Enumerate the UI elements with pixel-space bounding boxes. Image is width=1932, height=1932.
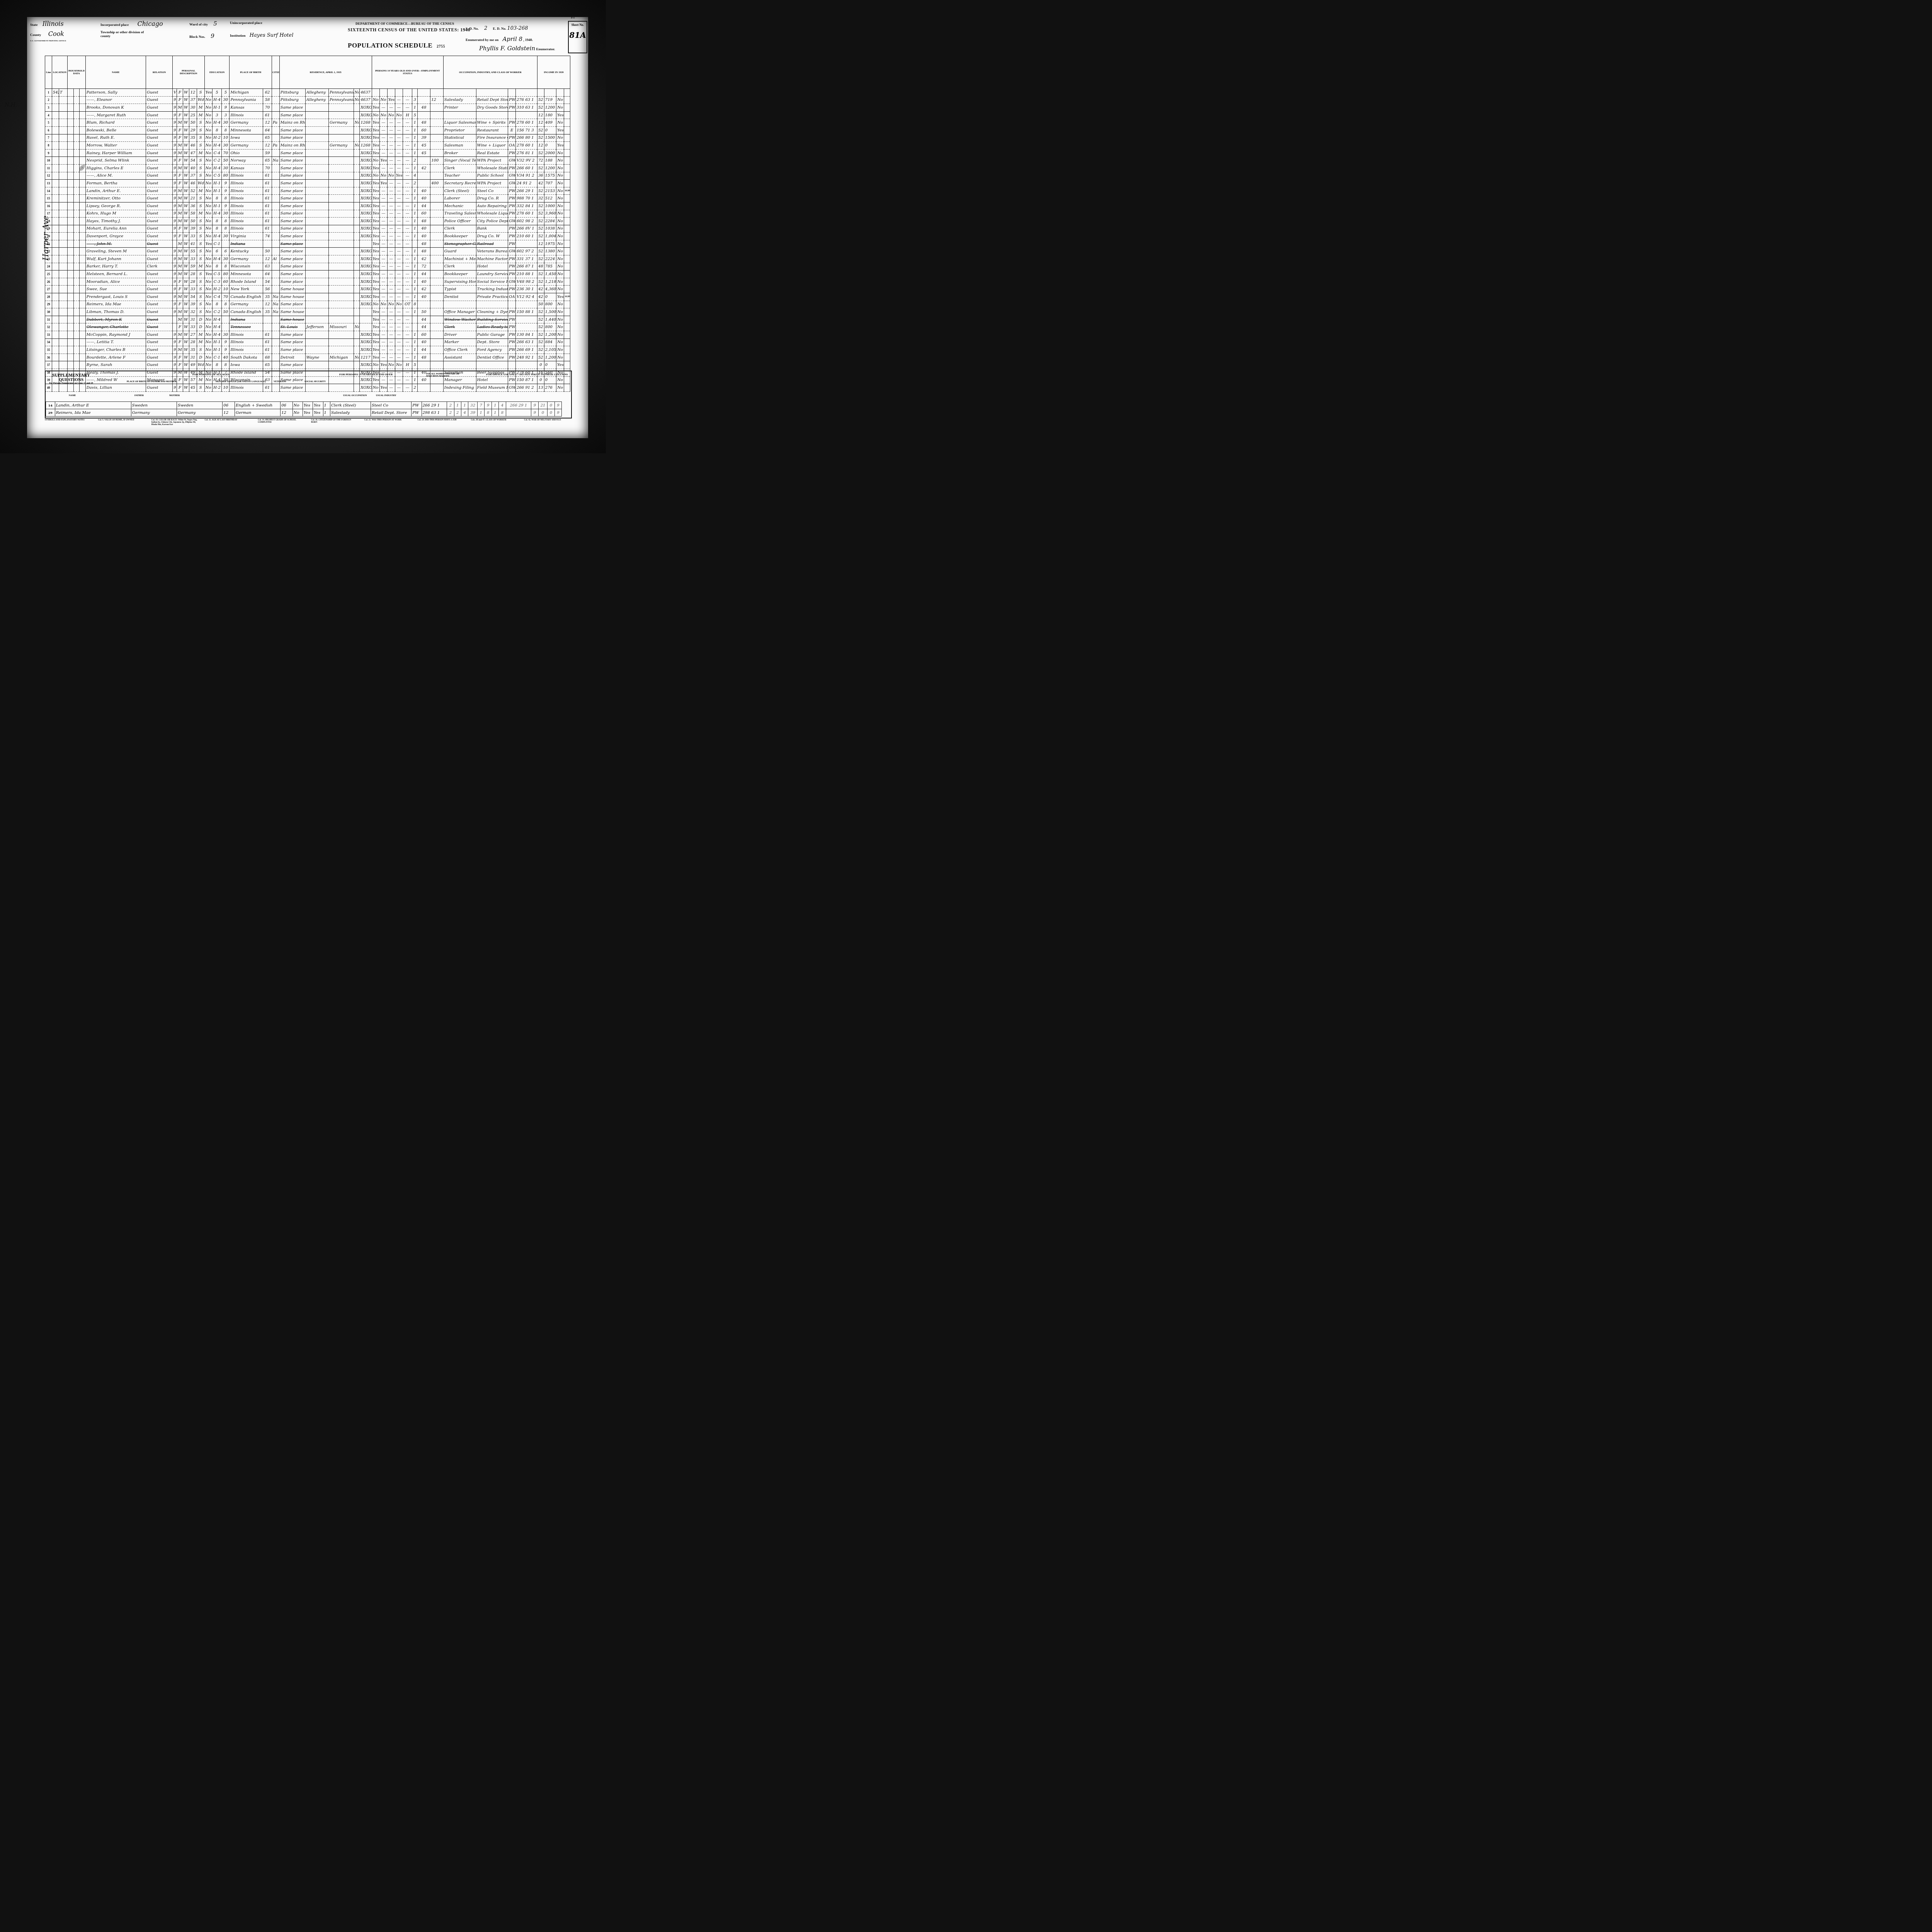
farm-cell [80, 278, 86, 286]
house-number-cell [59, 293, 67, 301]
usual-industry-cell: Retail Dept. Store [371, 409, 412, 417]
race-cell: W [183, 323, 189, 331]
residence-county-cell [305, 361, 328, 369]
residence-farm-cell [354, 316, 360, 323]
class-of-worker-cell: PW [508, 187, 516, 195]
person-name-cell: Bolewski, Belle [85, 126, 146, 134]
col-21-cell: Yes [372, 149, 379, 157]
age-cell: 12 [189, 89, 197, 97]
col-23-cell: — [387, 225, 395, 233]
birthplace-cell: Illinois [230, 210, 263, 218]
residence-city-cell: Same place [279, 240, 305, 248]
age-cell: 29 [189, 126, 197, 134]
grade-completed-cell: 8 [212, 218, 222, 225]
age-cell: 46 [189, 142, 197, 150]
class-of-worker-cell: PW [508, 316, 516, 323]
col-21-cell: Yes [372, 293, 379, 301]
line-number-cell: 21 [45, 240, 52, 248]
industry-cell: Drug Co. R [476, 195, 508, 202]
col-24-cell: — [395, 119, 403, 127]
person-name-cell: Wulf, Kurt Johann [85, 255, 146, 263]
value-cell [73, 180, 80, 187]
code-a-cell: 9 [173, 195, 177, 202]
enumerated-date: April 8 [503, 36, 523, 43]
col-25-cell: — [403, 149, 412, 157]
supplementary-flag-cell [564, 195, 570, 202]
industry-cell: City Police Dept. [476, 218, 508, 225]
residence-county-cell [305, 331, 328, 339]
code-d-cell: XOXO [360, 218, 372, 225]
occupation-cell: Office Manager [443, 308, 476, 316]
col-25-cell: — [403, 104, 412, 112]
line-number-cell: 29 [45, 301, 52, 308]
grade-completed-cell: C-1 [212, 354, 222, 361]
col-23-cell: — [387, 180, 395, 187]
house-number-cell [59, 248, 67, 255]
col-22-cell: — [379, 308, 387, 316]
birthplace-cell: Illinois [230, 338, 263, 346]
code-d-cell: XOXO [360, 202, 372, 210]
code-c-cell: 35 [263, 293, 272, 301]
residence-state-cell [328, 346, 354, 354]
occupation-cell: Marker [443, 338, 476, 346]
code-f-cell: 602 97 2 [516, 248, 537, 255]
grade-completed-cell: H-4 [212, 96, 222, 104]
birthplace-cell: Minnesota [230, 270, 263, 278]
residence-city-cell: St. Louis [279, 323, 305, 331]
code-f-cell: 266 29 1 [516, 187, 537, 195]
class-of-worker-cell: PW [508, 210, 516, 218]
street-cell [52, 225, 59, 233]
residence-state-cell [328, 210, 354, 218]
street-cell [52, 119, 59, 127]
value-cell [73, 346, 80, 354]
residence-county-cell [305, 308, 328, 316]
hours-worked-cell: 40 [417, 293, 430, 301]
age-cell: 40 [189, 164, 197, 172]
supplementary-flag-cell [564, 308, 570, 316]
value-cell [73, 255, 80, 263]
col-23-cell: — [387, 255, 395, 263]
street-cell [52, 149, 59, 157]
code-b-cell: 30 [222, 119, 230, 127]
value-cell [73, 225, 80, 233]
office-use-cell: 9 [554, 409, 561, 417]
age-cell: 33 [189, 255, 197, 263]
col-21-cell: Yes [372, 134, 379, 142]
value-cell [73, 195, 80, 202]
value-cell [73, 149, 80, 157]
code-a-cell: 9 [173, 263, 177, 270]
code-b-cell: 9 [222, 338, 230, 346]
residence-county-cell: Wayne [305, 354, 328, 361]
weeks-unemployed-cell: 400 [430, 180, 444, 187]
industry-cell: Private Practice [476, 293, 508, 301]
office-use-cell: 266 29 1 [506, 402, 531, 409]
col-24-cell: — [395, 248, 403, 255]
residence-county-cell [305, 218, 328, 225]
marital-status-cell: Wd [197, 180, 204, 187]
farm-cell [80, 119, 86, 127]
code-f-cell: 332 84 1 [516, 202, 537, 210]
street-cell [52, 301, 59, 308]
wages-cell: 1,200 [544, 354, 556, 361]
marital-status-cell: S [197, 89, 204, 97]
value-cell [73, 233, 80, 240]
home-cell [68, 157, 74, 165]
class-of-worker-cell: PW [508, 255, 516, 263]
school-attendance-cell: No [204, 218, 212, 225]
code-d-cell: 1217 [360, 354, 372, 361]
grade-completed-cell: C-4 [212, 293, 222, 301]
code-d-cell: 4637 [360, 89, 372, 97]
supplementary-flag-cell [564, 225, 570, 233]
col-24-cell: Yes [395, 172, 403, 180]
sheet-label: Sheet No. [569, 23, 587, 27]
relation-cell: Guest [146, 172, 172, 180]
residence-county-cell [305, 255, 328, 263]
school-attendance-cell: Yes [204, 240, 212, 248]
age-cell: 35 [189, 346, 197, 354]
citizenship-cell [272, 233, 279, 240]
header-employment: PERSONS 14 YEARS OLD AND OVER—EMPLOYMENT… [372, 56, 443, 89]
citizenship-cell [272, 218, 279, 225]
supp-line-cell: 14 [46, 402, 55, 409]
house-number-cell [59, 202, 67, 210]
header-father: FATHER [134, 395, 144, 397]
weeks-worked-cell: 32 [537, 195, 544, 202]
header-supp-name: NAME [69, 395, 76, 397]
value-cell [73, 119, 80, 127]
age-cell: 41 [189, 240, 197, 248]
weeks-worked-cell: 52 [537, 346, 544, 354]
col-25-cell: — [403, 338, 412, 346]
col-21-cell: Yes [372, 126, 379, 134]
residence-city-cell: Same house [279, 286, 305, 293]
code-f-cell: V32 9V 2 [516, 157, 537, 165]
home-cell [68, 248, 74, 255]
class-of-worker-cell: PW [508, 270, 516, 278]
code-f-cell: V34 91 2 [516, 172, 537, 180]
col-23-cell: — [387, 202, 395, 210]
supplementary-flag-cell [564, 134, 570, 142]
value-cell [73, 278, 80, 286]
home-cell [68, 354, 74, 361]
occupation-cell: Bookkeeper [443, 270, 476, 278]
class-of-worker-cell: PW [508, 240, 516, 248]
grade-completed-cell: C-4 [212, 149, 222, 157]
birthplace-cell: Rhode Island [230, 278, 263, 286]
grade-completed-cell: H-2 [212, 286, 222, 293]
school-attendance-cell: No [204, 180, 212, 187]
code-f-cell: 266 69 1 [516, 346, 537, 354]
grade-completed-cell: 8 [212, 263, 222, 270]
residence-county-cell [305, 225, 328, 233]
residence-farm-cell [354, 126, 360, 134]
residence-county-cell [305, 164, 328, 172]
home-cell [68, 286, 74, 293]
relation-cell: Guest [146, 361, 172, 369]
class-of-worker-cell: PW [508, 263, 516, 270]
wages-cell: 1975 [544, 240, 556, 248]
age-cell: 33 [189, 286, 197, 293]
code-b-cell: 3 [222, 111, 230, 119]
birthplace-cell: Illinois [230, 187, 263, 195]
house-number-cell [59, 172, 67, 180]
residence-farm-cell [354, 134, 360, 142]
race-cell: W [183, 89, 189, 97]
social-security-number-cell: Yes [303, 402, 313, 409]
header-citizenship: CITIZENSHIP [272, 56, 279, 89]
residence-state-cell [328, 225, 354, 233]
col-25-cell: — [403, 157, 412, 165]
code-e-cell: 2 [412, 157, 417, 165]
residence-state-cell [328, 316, 354, 323]
street-cell [52, 316, 59, 323]
residence-city-cell: Same place [279, 301, 305, 308]
home-cell [68, 301, 74, 308]
age-cell: 30 [189, 104, 197, 112]
father-birthplace-cell: Germany [131, 409, 177, 417]
other-income-cell: No [556, 263, 564, 270]
street-cell [52, 202, 59, 210]
hours-worked-cell: 48 [417, 248, 430, 255]
table-row: 19Mohart, Eurelia AnnGuest9FW39SNo88Illi… [45, 225, 570, 233]
other-income-cell: No [556, 248, 564, 255]
grade-completed-cell: H-2 [212, 134, 222, 142]
header-usual-occupation: USUAL OCCUPATION [343, 395, 367, 397]
col-22-cell: — [379, 233, 387, 240]
code-a-cell: 9 [173, 270, 177, 278]
table-row: 33McCoppin, Raymond JGuest9MW27MNoH-430I… [45, 331, 570, 339]
code-e-cell: 1 [412, 225, 417, 233]
weeks-worked-cell: 52 [537, 149, 544, 157]
person-name-cell: Ruvel, Ruth E. [85, 134, 146, 142]
other-income-cell: No [556, 187, 564, 195]
code-c-cell [263, 316, 272, 323]
office-use-cell: 7 [478, 402, 485, 409]
relation-cell: Guest [146, 323, 172, 331]
table-row: 15424TPatterson, SallyGuestVFW12SYes55Mi… [45, 89, 570, 97]
col-23-cell: — [387, 338, 395, 346]
code-e-cell: 1 [412, 126, 417, 134]
house-number-cell [59, 331, 67, 339]
residence-city-cell: Same place [279, 104, 305, 112]
grade-completed-cell: H-4 [212, 255, 222, 263]
age-cell: 33 [189, 323, 197, 331]
col-24-cell: — [395, 354, 403, 361]
header-residence: RESIDENCE, APRIL 1, 1935 [279, 56, 372, 89]
supplementary-table: 14Landin, Arthur ESwedenSweden06English … [46, 401, 571, 417]
weeks-worked-cell: 52 [537, 248, 544, 255]
code-a-cell: 9 [173, 134, 177, 142]
code-f-cell [516, 316, 537, 323]
birthplace-cell: Germany [230, 142, 263, 150]
farm-cell [80, 157, 86, 165]
value-cell [73, 361, 80, 369]
house-number-cell [59, 361, 67, 369]
code-b-cell: 8 [222, 301, 230, 308]
birthplace-cell: Ohio [230, 149, 263, 157]
language-code-cell: 12 [281, 409, 293, 417]
farm-cell [80, 255, 86, 263]
relation-cell: Guest [146, 278, 172, 286]
col-22-cell: — [379, 119, 387, 127]
citizenship-cell: Na [272, 157, 279, 165]
occupation-cell: Police Officer [443, 218, 476, 225]
weeks-unemployed-cell [430, 323, 444, 331]
citizenship-cell: Pa [272, 119, 279, 127]
table-row: 6Bolewski, BelleGuest9FW29SNo88Minnesota… [45, 126, 570, 134]
farm-cell [80, 111, 86, 119]
wages-cell: 1,450 [544, 270, 556, 278]
school-attendance-cell: No [204, 338, 212, 346]
code-d-cell: XOXO [360, 338, 372, 346]
marital-status-cell: Wd [197, 96, 204, 104]
col-22-cell: — [379, 142, 387, 150]
code-c-cell: 74 [263, 233, 272, 240]
relation-cell: Guest [146, 195, 172, 202]
other-income-cell: No [556, 301, 564, 308]
col-23-cell: — [387, 210, 395, 218]
col-22-cell: — [379, 104, 387, 112]
mother-tongue-cell: English + Swedish [235, 402, 280, 409]
birthplace-cell: Illinois [230, 331, 263, 339]
section-all-ages: FOR PERSONS OF ALL AGES [192, 373, 230, 376]
col-24-cell: — [395, 142, 403, 150]
citizenship-cell [272, 149, 279, 157]
col-23-cell: — [387, 119, 395, 127]
sex-cell: F [177, 180, 183, 187]
other-income-cell: No [556, 210, 564, 218]
col-24-cell: No [395, 111, 403, 119]
weeks-worked-cell: 52 [537, 278, 544, 286]
col-25-cell: — [403, 172, 412, 180]
value-cell [73, 270, 80, 278]
weeks-worked-cell: 52 [537, 316, 544, 323]
occupation-cell: Broker [443, 149, 476, 157]
line-number-cell: 11 [45, 164, 52, 172]
code-d-cell: 1268 [360, 142, 372, 150]
value-cell [73, 293, 80, 301]
code-b-cell: 80 [222, 270, 230, 278]
supplementary-flag-cell [564, 233, 570, 240]
relation-cell: Guest [146, 225, 172, 233]
col-21-cell: Yes [372, 187, 379, 195]
citizenship-cell [272, 89, 279, 97]
supplementary-rows: 14Landin, Arthur ESwedenSweden06English … [46, 402, 571, 417]
header-name: NAME [85, 56, 146, 89]
code-b-cell: 9 [222, 202, 230, 210]
wages-cell: 800 [544, 323, 556, 331]
weeks-worked-cell: 52 [537, 210, 544, 218]
hours-worked-cell: 40 [417, 338, 430, 346]
industry-cell: Wholesale Liquor [476, 210, 508, 218]
code-b-cell [222, 316, 230, 323]
footnote-item: Col. 21. WAS THIS PERSON AT WORK [364, 419, 411, 436]
supplementary-flag-cell [564, 89, 570, 97]
industry-cell: WPA Project [476, 157, 508, 165]
weeks-worked-cell: 52 [537, 225, 544, 233]
industry-cell [476, 301, 508, 308]
col-24-cell: — [395, 293, 403, 301]
col-25-cell: — [403, 248, 412, 255]
farm-cell [80, 126, 86, 134]
school-attendance-cell: No [204, 202, 212, 210]
supplementary-flag-cell [564, 286, 570, 293]
code-f-cell [516, 323, 537, 331]
value-cell [73, 323, 80, 331]
line-number-cell: 1 [45, 89, 52, 97]
supplementary-flag-cell [564, 270, 570, 278]
code-e-cell: 1 [412, 255, 417, 263]
other-income-cell: No [556, 96, 564, 104]
age-cell: 27 [189, 331, 197, 339]
hours-worked-cell [417, 180, 430, 187]
weeks-unemployed-cell [430, 210, 444, 218]
other-income-cell: No [556, 316, 564, 323]
person-name-cell: Reimers, Ida Mae [85, 301, 146, 308]
house-number-cell [59, 301, 67, 308]
residence-farm-cell [354, 218, 360, 225]
age-cell: 49 [189, 361, 197, 369]
code-e-cell: 1 [412, 218, 417, 225]
wages-cell: 0 [544, 361, 556, 369]
marital-status-cell: S [197, 157, 204, 165]
birthplace-cell: Kansas [230, 164, 263, 172]
table-row: 23Wulf, Kurt JohannGuest9MW33SNoH-430Ger… [45, 255, 570, 263]
farm-cell [80, 225, 86, 233]
social-security-deductions-cell: Yes [313, 402, 323, 409]
birthplace-cell: Kansas [230, 104, 263, 112]
school-attendance-cell: No [204, 187, 212, 195]
house-number-cell [59, 157, 67, 165]
relation-cell: Guest [146, 331, 172, 339]
occupation-cell [443, 301, 476, 308]
school-attendance-cell: No [204, 126, 212, 134]
col-23-cell [387, 89, 395, 97]
farm-cell [80, 331, 86, 339]
birthplace-cell: Iowa [230, 134, 263, 142]
industry-cell: Social Service Public Welfare [476, 278, 508, 286]
code-c-cell: 70 [263, 104, 272, 112]
residence-farm-cell [354, 111, 360, 119]
code-e-cell: 1 [412, 210, 417, 218]
code-c-cell: 59 [263, 149, 272, 157]
code-f-cell: 266 80 1 [516, 134, 537, 142]
school-attendance-cell: No [204, 248, 212, 255]
code-c-cell: 61 [263, 195, 272, 202]
school-attendance-cell: No [204, 104, 212, 112]
col-24-cell: — [395, 240, 403, 248]
school-attendance-cell: No [204, 111, 212, 119]
farm-cell [80, 218, 86, 225]
industry-cell: Ford Agency [476, 346, 508, 354]
code-c-cell: 54 [263, 278, 272, 286]
office-use-cell: 0 [548, 409, 554, 417]
col-22-cell: — [379, 278, 387, 286]
table-row: 5Blum, RichardGuest9MW50SNoH-430Germany1… [45, 119, 570, 127]
residence-county-cell [305, 301, 328, 308]
school-attendance-cell: No [204, 286, 212, 293]
relation-cell: Guest [146, 316, 172, 323]
line-number-cell: 17 [45, 210, 52, 218]
office-use-cell: 1 [492, 409, 498, 417]
code-a-cell: 9 [173, 157, 177, 165]
residence-state-cell [328, 187, 354, 195]
home-cell [68, 119, 74, 127]
code-c-cell: 61 [263, 210, 272, 218]
